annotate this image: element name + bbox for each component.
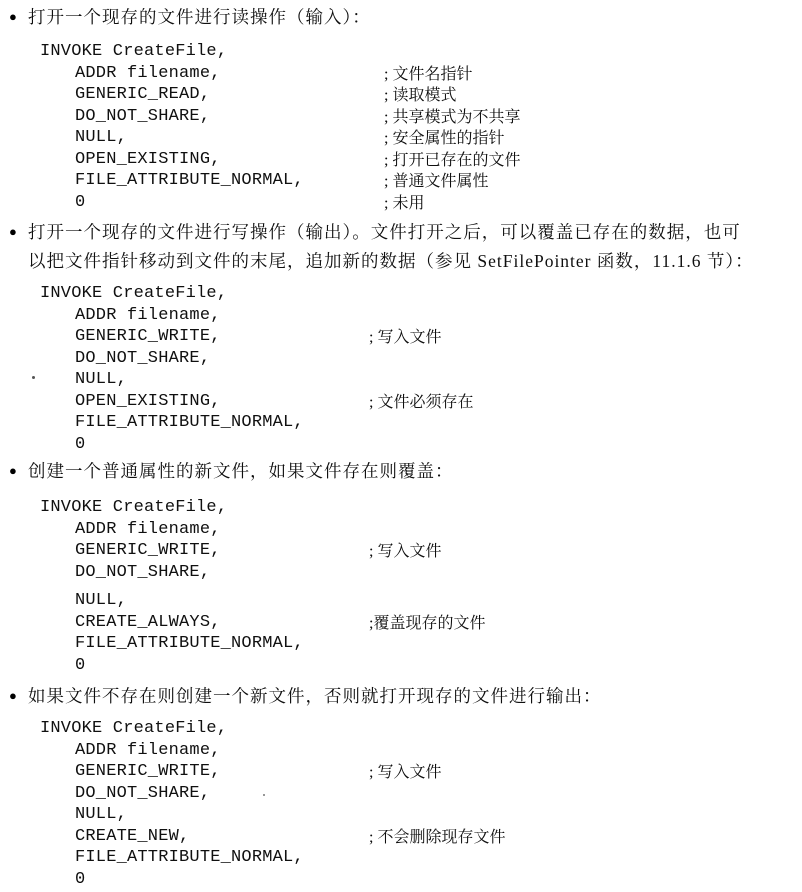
code-text: DO_NOT_SHARE,	[75, 784, 210, 803]
code-block-3: INVOKE CreateFile, ADDR filename, GENERI…	[40, 497, 802, 676]
code-line: DO_NOT_SHARE,	[40, 562, 802, 584]
code-line: OPEN_EXISTING,; 文件必须存在	[40, 391, 802, 413]
section-heading: 创建一个普通属性的新文件，如果文件存在则覆盖：	[28, 461, 802, 481]
code-text: CREATE_NEW,	[75, 827, 189, 846]
code-line: OPEN_EXISTING,; 打开已存在的文件	[40, 149, 802, 171]
code-text: DO_NOT_SHARE,	[75, 107, 210, 126]
code-text: FILE_ATTRIBUTE_NORMAL,	[75, 171, 304, 190]
scan-artifact-dot	[32, 376, 35, 379]
code-text: 0	[75, 193, 85, 212]
code-text: FILE_ATTRIBUTE_NORMAL,	[75, 634, 304, 653]
code-comment: ; 不会删除现存文件	[369, 827, 505, 849]
bullet-item-2: ● 打开一个现存的文件进行写操作（输出）。文件打开之后，可以覆盖已存在的数据，也…	[0, 218, 802, 276]
code-text: ADDR filename,	[75, 520, 221, 539]
code-line: ADDR filename,; 文件名指针	[40, 63, 802, 85]
code-text: ADDR filename,	[75, 741, 221, 760]
code-line: CREATE_NEW,; 不会删除现存文件	[40, 826, 802, 848]
code-line: DO_NOT_SHARE,	[40, 783, 802, 805]
code-line: 0	[40, 434, 802, 456]
code-text: INVOKE CreateFile,	[40, 284, 227, 303]
document-page: ● 打开一个现存的文件进行读操作（输入）： INVOKE CreateFile,…	[0, 0, 802, 892]
code-comment: ; 文件必须存在	[369, 392, 473, 414]
code-comment: ; 安全属性的指针	[384, 128, 504, 150]
section-heading: 如果文件不存在则创建一个新文件，否则就打开现存的文件进行输出：	[28, 686, 802, 706]
code-line: GENERIC_WRITE,; 写入文件	[40, 761, 802, 783]
code-line: 0	[40, 869, 802, 891]
code-line: NULL,	[40, 590, 802, 612]
code-text: OPEN_EXISTING,	[75, 150, 221, 169]
code-comment: ; 文件名指针	[384, 64, 472, 86]
code-text: INVOKE CreateFile,	[40, 42, 227, 61]
code-comment: ; 未用	[384, 193, 424, 215]
code-text: NULL,	[75, 591, 127, 610]
code-comment: ; 写入文件	[369, 541, 441, 563]
bullet-icon: ●	[9, 688, 17, 704]
code-line: 0; 未用	[40, 192, 802, 214]
section-heading: 打开一个现存的文件进行写操作（输出）。文件打开之后，可以覆盖已存在的数据，也可	[28, 218, 802, 247]
code-line: GENERIC_READ,; 读取模式	[40, 84, 802, 106]
section-heading: 打开一个现存的文件进行读操作（输入）：	[28, 7, 802, 27]
code-text: DO_NOT_SHARE,	[75, 349, 210, 368]
code-text: 0	[75, 870, 85, 889]
code-text: GENERIC_WRITE,	[75, 762, 221, 781]
code-text: FILE_ATTRIBUTE_NORMAL,	[75, 848, 304, 867]
bullet-item-1: ● 打开一个现存的文件进行读操作（输入）：	[0, 7, 802, 27]
code-comment: ; 共享模式为不共享	[384, 107, 520, 129]
code-block-4: INVOKE CreateFile, ADDR filename, GENERI…	[40, 718, 802, 890]
bullet-icon: ●	[9, 224, 17, 240]
code-line: 0	[40, 655, 802, 677]
bullet-icon: ●	[9, 9, 17, 25]
code-text: ADDR filename,	[75, 306, 221, 325]
code-text: 0	[75, 656, 85, 675]
code-block-2: INVOKE CreateFile, ADDR filename, GENERI…	[40, 283, 802, 455]
code-line: FILE_ATTRIBUTE_NORMAL,; 普通文件属性	[40, 170, 802, 192]
code-text: NULL,	[75, 128, 127, 147]
bullet-item-4: ● 如果文件不存在则创建一个新文件，否则就打开现存的文件进行输出：	[0, 686, 802, 706]
code-block-1: INVOKE CreateFile, ADDR filename,; 文件名指针…	[40, 41, 802, 213]
code-text: NULL,	[75, 805, 127, 824]
code-line: NULL,; 安全属性的指针	[40, 127, 802, 149]
section-heading: 以把文件指针移动到文件的末尾，追加新的数据（参见 SetFilePointer …	[28, 247, 802, 276]
code-line: DO_NOT_SHARE,	[40, 348, 802, 370]
code-text: INVOKE CreateFile,	[40, 498, 227, 517]
code-text: GENERIC_WRITE,	[75, 327, 221, 346]
code-line: DO_NOT_SHARE,; 共享模式为不共享	[40, 106, 802, 128]
code-comment: ; 写入文件	[369, 327, 441, 349]
code-line: INVOKE CreateFile,	[40, 41, 802, 63]
code-line: INVOKE CreateFile,	[40, 283, 802, 305]
code-text: GENERIC_WRITE,	[75, 541, 221, 560]
code-text: FILE_ATTRIBUTE_NORMAL,	[75, 413, 304, 432]
code-line: FILE_ATTRIBUTE_NORMAL,	[40, 412, 802, 434]
code-line: INVOKE CreateFile,	[40, 497, 802, 519]
code-text: GENERIC_READ,	[75, 85, 210, 104]
code-comment: ; 读取模式	[384, 85, 456, 107]
code-text: OPEN_EXISTING,	[75, 392, 221, 411]
bullet-icon: ●	[9, 463, 17, 479]
code-line: CREATE_ALWAYS,;覆盖现存的文件	[40, 612, 802, 634]
code-comment: ; 普通文件属性	[384, 171, 488, 193]
code-line: NULL,	[40, 804, 802, 826]
scan-artifact-dot	[263, 794, 265, 796]
code-text: NULL,	[75, 370, 127, 389]
code-line: GENERIC_WRITE,; 写入文件	[40, 540, 802, 562]
code-comment: ; 写入文件	[369, 762, 441, 784]
code-line: INVOKE CreateFile,	[40, 718, 802, 740]
code-comment: ;覆盖现存的文件	[369, 613, 485, 635]
code-text: DO_NOT_SHARE,	[75, 563, 210, 582]
code-line: FILE_ATTRIBUTE_NORMAL,	[40, 633, 802, 655]
code-text: 0	[75, 435, 85, 454]
code-comment: ; 打开已存在的文件	[384, 150, 520, 172]
code-line: ADDR filename,	[40, 519, 802, 541]
code-line: FILE_ATTRIBUTE_NORMAL,	[40, 847, 802, 869]
bullet-item-3: ● 创建一个普通属性的新文件，如果文件存在则覆盖：	[0, 461, 802, 481]
code-line: GENERIC_WRITE,; 写入文件	[40, 326, 802, 348]
code-line: ADDR filename,	[40, 740, 802, 762]
code-text: CREATE_ALWAYS,	[75, 613, 221, 632]
code-line: NULL,	[40, 369, 802, 391]
code-text: ADDR filename,	[75, 64, 221, 83]
code-line: ADDR filename,	[40, 305, 802, 327]
code-text: INVOKE CreateFile,	[40, 719, 227, 738]
